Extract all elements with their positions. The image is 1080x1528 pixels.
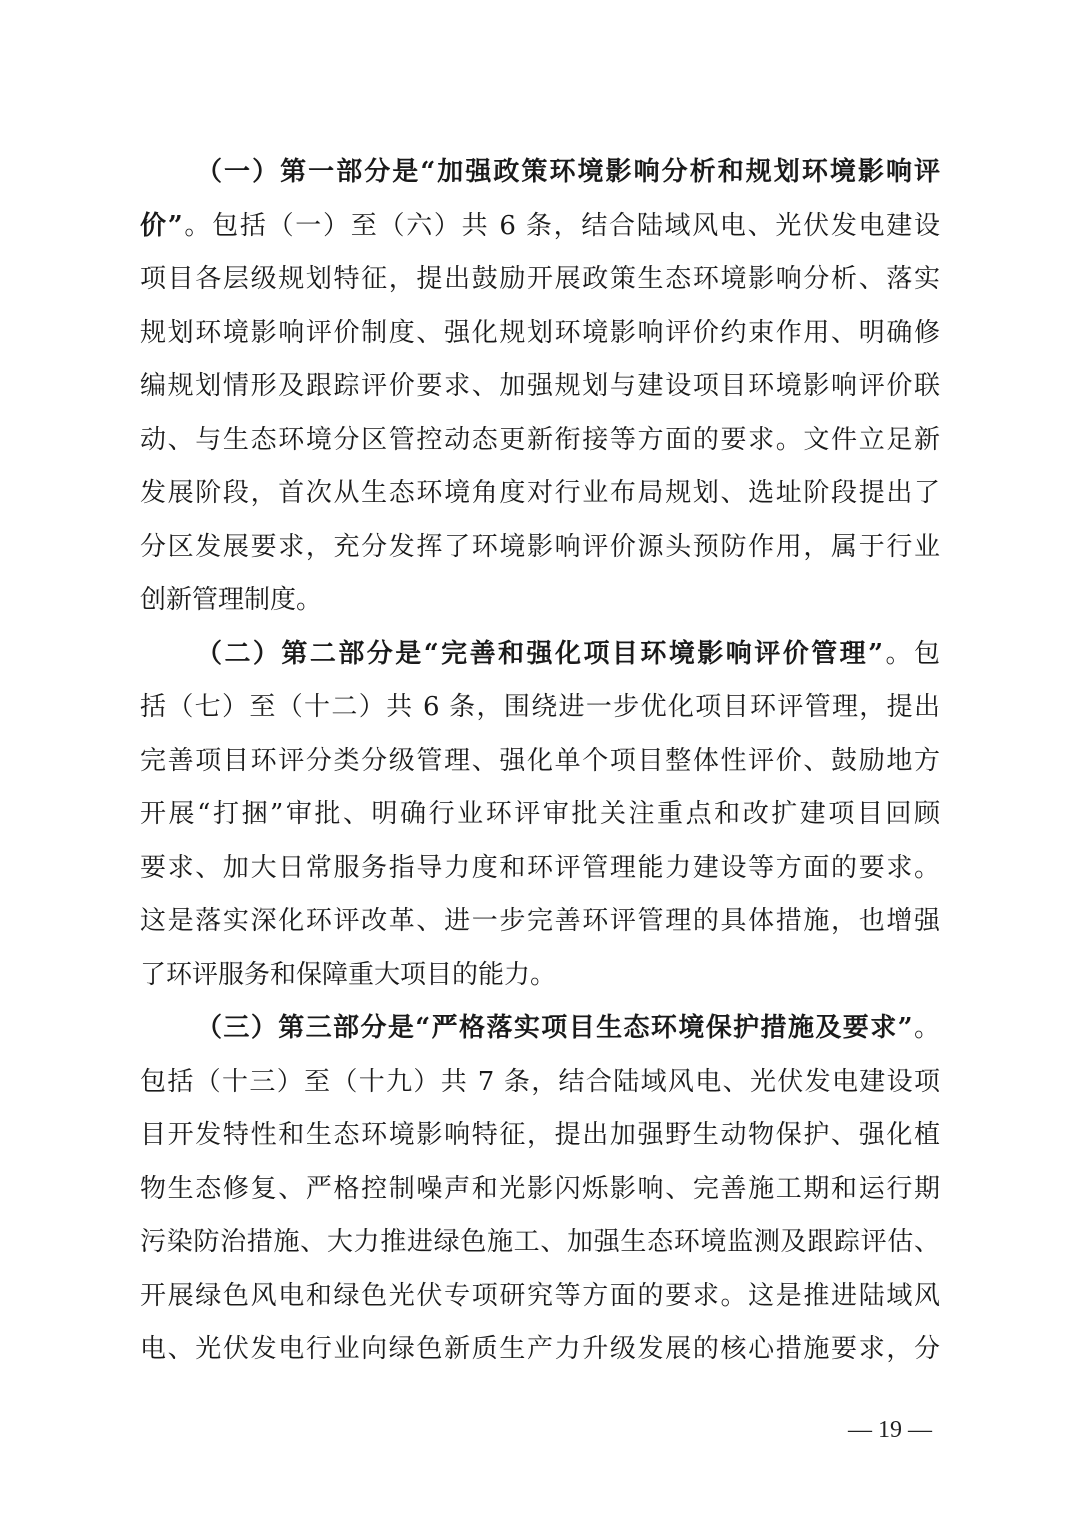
paragraph-line: 电、光伏发电行业向绿色新质生产力升级发展的核心措施要求，分	[140, 1329, 940, 1369]
paragraph-text: 。包	[883, 639, 940, 669]
section-3-heading-line: （三）第三部分是“严格落实项目生态环境保护措施及要求”。	[196, 1008, 940, 1048]
paragraph-line: 了环评服务和保障重大项目的能力。	[140, 955, 940, 995]
paragraph-line: 开展“打捆”审批、明确行业环评审批关注重点和改扩建项目回顾	[140, 794, 940, 834]
paragraph-text: 。包括（一）至（六）共 6 条，结合陆域风电、光伏发电建设	[183, 211, 940, 241]
paragraph-line: 编规划情形及跟踪评价要求、加强规划与建设项目环境影响评价联	[140, 366, 940, 406]
paragraph-text: 。	[913, 1013, 940, 1043]
paragraph-line: 价”。包括（一）至（六）共 6 条，结合陆域风电、光伏发电建设	[140, 206, 940, 246]
paragraph-line: 括（七）至（十二）共 6 条，围绕进一步优化项目环评管理，提出	[140, 687, 940, 727]
page-number: — 19 —	[820, 1412, 960, 1448]
paragraph-line: 污染防治措施、大力推进绿色施工、加强生态环境监测及跟踪评估、	[140, 1222, 940, 1262]
paragraph-line: 创新管理制度。	[140, 580, 940, 620]
paragraph-line: 要求、加大日常服务指导力度和环评管理能力建设等方面的要求。	[140, 848, 940, 888]
paragraph-line: 完善项目环评分类分级管理、强化单个项目整体性评价、鼓励地方	[140, 741, 940, 781]
section-3-heading: （三）第三部分是“严格落实项目生态环境保护措施及要求”	[196, 1013, 913, 1043]
document-page: （一）第一部分是“加强政策环境影响分析和规划环境影响评 价”。包括（一）至（六）…	[0, 0, 1080, 1528]
paragraph-line: 发展阶段，首次从生态环境角度对行业布局规划、选址阶段提出了	[140, 473, 940, 513]
section-1-heading-tail: 价”	[140, 211, 183, 241]
paragraph-line: 包括（十三）至（十九）共 7 条，结合陆域风电、光伏发电建设项	[140, 1062, 940, 1102]
section-2-heading-line: （二）第二部分是“完善和强化项目环境影响评价管理”。包	[196, 634, 940, 674]
paragraph-line: 这是落实深化环评改革、进一步完善环评管理的具体措施，也增强	[140, 901, 940, 941]
paragraph-line: 物生态修复、严格控制噪声和光影闪烁影响、完善施工期和运行期	[140, 1169, 940, 1209]
paragraph-line: 分区发展要求，充分发挥了环境影响评价源头预防作用，属于行业	[140, 527, 940, 567]
paragraph-line: 动、与生态环境分区管控动态更新衔接等方面的要求。文件立足新	[140, 420, 940, 460]
paragraph-line: 规划环境影响评价制度、强化规划环境影响评价约束作用、明确修	[140, 313, 940, 353]
section-2-heading: （二）第二部分是“完善和强化项目环境影响评价管理”	[196, 639, 883, 669]
paragraph-line: 项目各层级规划特征，提出鼓励开展政策生态环境影响分析、落实	[140, 259, 940, 299]
paragraph-line: 目开发特性和生态环境影响特征，提出加强野生动物保护、强化植	[140, 1115, 940, 1155]
paragraph-line: 开展绿色风电和绿色光伏专项研究等方面的要求。这是推进陆域风	[140, 1276, 940, 1316]
section-1-heading-line: （一）第一部分是“加强政策环境影响分析和规划环境影响评	[196, 152, 940, 192]
